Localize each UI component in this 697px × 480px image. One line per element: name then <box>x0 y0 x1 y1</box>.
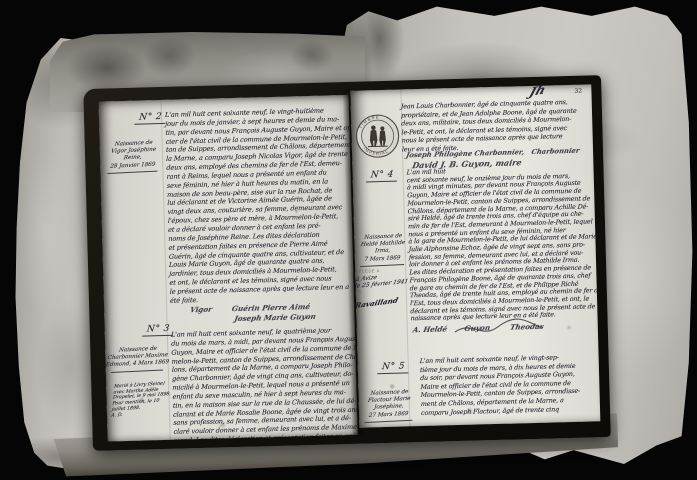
timbre-imperial-stamp-icon: TIMBRE IMPÉRIAL <box>353 111 402 160</box>
entry-3-continuation-body: Jean Louis Charbonnier, âgé de cinquante… <box>401 97 588 154</box>
margin-underline <box>364 420 412 423</box>
entry-4-act-body: L'an mil huitcent soixante neuf, le onzi… <box>406 164 594 323</box>
scanned-register-spread: N° 2 Naissance deVigor Joséphine Reine,2… <box>0 0 697 480</box>
page-number: 32 <box>574 88 582 95</box>
margin-underline <box>108 170 158 173</box>
margin-underline <box>111 369 162 372</box>
entry-5-act-body: L'an mil huit cent soixante neuf, le vin… <box>420 352 600 417</box>
clerk-paraph: Jh <box>528 84 548 99</box>
entry-4-margin-note: Naissance deHeldé MathildeIrma,7 Mars 18… <box>354 233 411 268</box>
entry-3-margin-note: Naissance deCharbonnier MaximeEdmond, 4 … <box>105 345 170 373</box>
entry-4-death-annotation: Décédé à à Avizele 25 février 1941 le Ra… <box>355 267 418 307</box>
entry-5-margin-note: Naissance deFlactour MarieJoséphine,27 M… <box>358 388 419 423</box>
entry-5-number: N° 5 <box>377 361 409 374</box>
right-page: Jh 32 TIMBRE IMPÉRIAL <box>350 84 600 427</box>
entry-2-officiant-signature: Joseph Marie Guyon <box>234 312 317 323</box>
register-book: N° 2 Naissance deVigor Joséphine Reine,2… <box>83 75 611 451</box>
entry-2-margin-note: Naissance deVigor Joséphine Reine,28 Jan… <box>101 139 164 174</box>
margin-underline <box>360 264 405 267</box>
entry-4-number: N° 4 <box>366 170 398 183</box>
entry-2-number: N° 2 <box>134 112 166 125</box>
entry-3-number: N° 3 <box>142 324 174 337</box>
left-page: N° 2 Naissance deVigor Joséphine Reine,2… <box>99 95 358 442</box>
entry-2-act-body: L'an mil huit cent soixante neuf, le vin… <box>165 106 352 305</box>
entry-3-act-body: L'an mil huit cent soixante neuf, le qua… <box>171 326 356 442</box>
